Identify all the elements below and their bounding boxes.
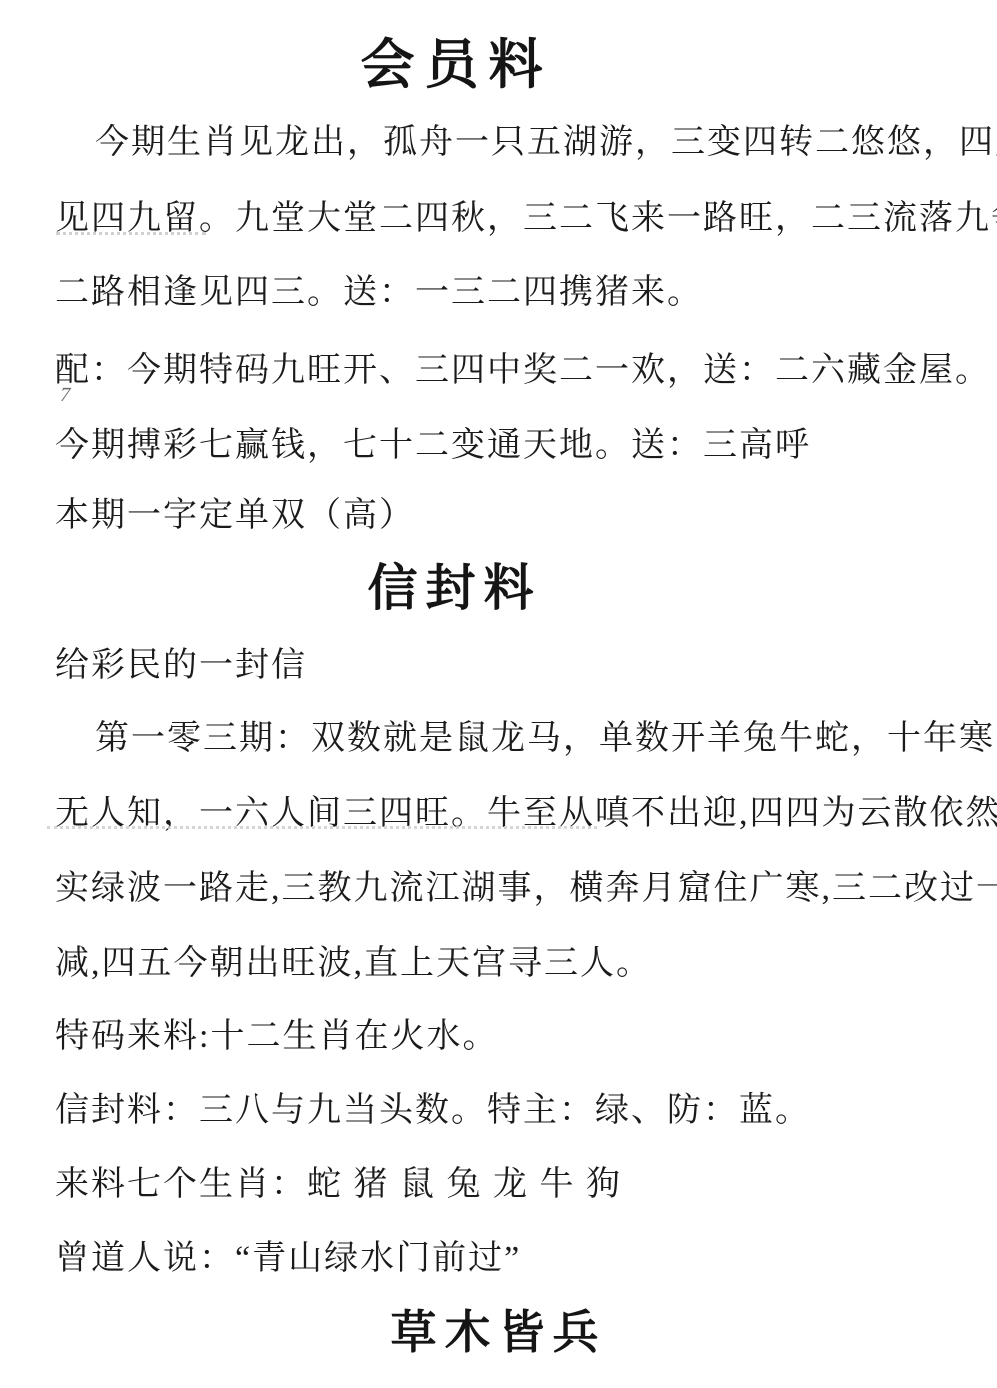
envelope-section-title: 信封料 (0, 548, 953, 620)
member-line-5: 今期搏彩七赢钱，七十二变通天地。送：三高呼 (55, 417, 811, 466)
envelope-line-8: 曾道人说：“青山绿水门前过” (55, 1230, 521, 1279)
scan-artifact-underline (47, 826, 597, 829)
envelope-line-6: 信封料：三八与九当头数。特主：绿、防：蓝。 (55, 1082, 811, 1131)
envelope-line-4: 减,四五今朝出旺波,直上天宫寻三人。 (55, 935, 652, 984)
member-section-title: 会员料 (0, 22, 955, 99)
scan-artifact-dots (56, 232, 206, 235)
envelope-line-3: 实绿波一路走,三教九流江湖事，横奔月窟住广寒,三二改过一加 (55, 860, 997, 909)
envelope-line-5: 特码来料:十二生肖在火水。 (55, 1008, 498, 1057)
footer-section-title: 草木皆兵 (0, 1296, 997, 1362)
member-line-6: 本期一字定单双（高） (55, 487, 415, 536)
member-line-3: 二路相逢见四三。送：一三二四携猪来。 (55, 264, 703, 313)
envelope-line-7: 来料七个生肖：蛇 猪 鼠 兔 龙 牛 狗 (55, 1156, 622, 1205)
envelope-intro-line: 给彩民的一封信 (55, 637, 307, 686)
member-line-4: 配：今期特码九旺开、三四中奖二一欢，送：二六藏金屋。 (55, 342, 991, 391)
member-line-1: 今期生肖见龙出，孤舟一只五湖游，三变四转二悠悠，四八旺 (95, 114, 997, 163)
envelope-line-1: 第一零三期：双数就是鼠龙马，单数开羊兔牛蛇，十年寒窗 (95, 710, 997, 759)
scanned-document-page: 会员料 今期生肖见龙出，孤舟一只五湖游，三变四转二悠悠，四八旺 见四九留。九堂大… (0, 0, 997, 1388)
